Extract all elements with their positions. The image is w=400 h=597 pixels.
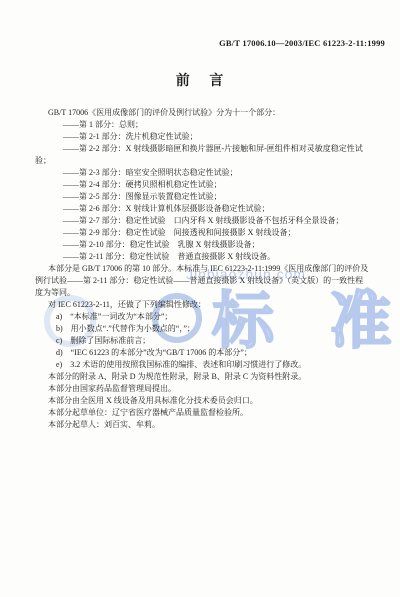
doc-line: c) 删除了国际标准前言； xyxy=(35,335,370,347)
doc-line: 本部分起草单位：辽宁省医疗器械产品质量监督检验所。 xyxy=(35,407,370,419)
doc-line: ——第 2-6 部分：X 射线计算机体层摄影设备稳定性试验； xyxy=(35,203,370,215)
standard-number-header: GB/T 17006.10—2003/IEC 61223-2-11:1999 xyxy=(0,38,385,48)
doc-line: 本部分由全医用 X 线设备及用具标准化分技术委员会归口。 xyxy=(35,395,370,407)
doc-line: ——第 2-10 部分：稳定性试验 乳腺 X 射线摄影设备； xyxy=(35,239,370,251)
doc-line: 本部分起草人：刘百实、牟莉。 xyxy=(35,419,370,431)
doc-line: ——第 1 部分：总则； xyxy=(35,119,370,131)
doc-line: ——第 2-5 部分：图像显示装置稳定性试验； xyxy=(35,191,370,203)
document-content: GB/T 17006.10—2003/IEC 61223-2-11:1999 前… xyxy=(0,38,400,431)
doc-line: ——第 2-1 部分：洗片机稳定性试验； xyxy=(35,131,370,143)
doc-line: b) 用小数点“.”代替作为小数点的“，”； xyxy=(35,323,370,335)
foreword-body: GB/T 17006《医用成像部门的评价及例行试验》分为十一个部分： ——第 1… xyxy=(35,107,370,431)
doc-line: ——第 2-11 部分：稳定性试验 普通直接摄影 X 射线设备。 xyxy=(35,251,370,263)
doc-line: a) “本标准”一词改为“本部分”； xyxy=(35,311,370,323)
doc-line: ——第 2-3 部分：暗室安全照明状态稳定性试验； xyxy=(35,167,370,179)
doc-line: e) 3.2 术语的使用按照我国标准的编排、表述和印刷习惯进行了修改。 xyxy=(35,359,370,371)
doc-line: ——第 2-9 部分：稳定性试验 间接透视和间接摄影 X 射线设备； xyxy=(35,227,370,239)
doc-line: ——第 2-2 部分：X 射线摄影暗匣和换片器匣-片接触和屏-匣组件相对灵敏度稳… xyxy=(35,143,370,167)
document-page: Jinbiaozhun.com 标 准 GB/T 17006.10—2003/I… xyxy=(0,0,400,597)
doc-line: ——第 2-4 部分：硬拷贝照相机稳定性试验； xyxy=(35,179,370,191)
doc-line: d) “IEC 61223 的本部分”改为“GB/T 17006 的本部分”； xyxy=(35,347,370,359)
doc-line: 本部分的附录 A、附录 D 为规范性附录，附录 B、附录 C 为资料性附录。 xyxy=(35,371,370,383)
doc-line: GB/T 17006《医用成像部门的评价及例行试验》分为十一个部分： xyxy=(35,107,370,119)
doc-line: 本部分是 GB/T 17006 的第 10 部分。本标准与 IEC 61223-… xyxy=(35,263,370,299)
doc-line: 对 IEC 61223-2-11，还做了下列编辑性修改： xyxy=(35,299,370,311)
page-title: 前 言 xyxy=(0,70,400,90)
doc-line: 本部分由国家药品监督管理局提出。 xyxy=(35,383,370,395)
doc-line: ——第 2-7 部分：稳定性试验 口内牙科 X 射线摄影设备不包括牙科全景设备； xyxy=(35,215,370,227)
